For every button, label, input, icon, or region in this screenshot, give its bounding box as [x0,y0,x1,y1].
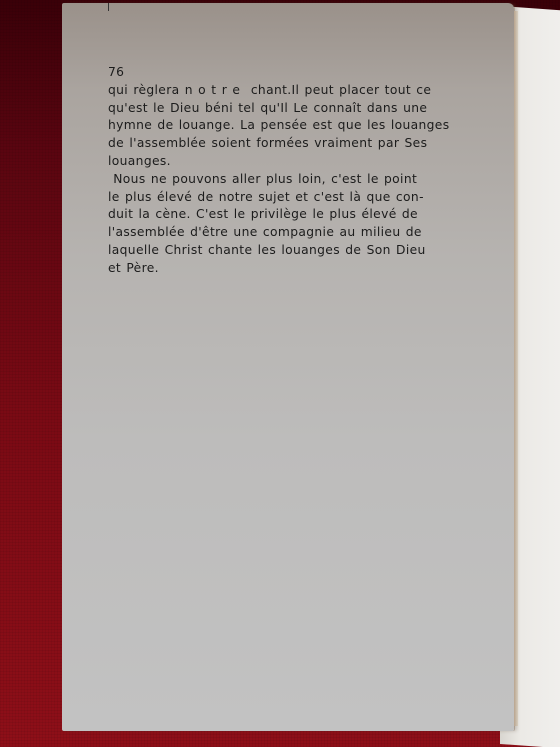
text-line: hymne de louange. La pensée est que les … [108,117,488,135]
text-line: louanges. [108,153,488,171]
text-line: qu'est le Dieu béni tel qu'Il Le connaît… [108,100,488,118]
book-page: 76 qui règlera n o t r e chant.Il peut p… [62,3,514,731]
page-number: 76 [108,64,488,82]
page-text: 76 qui règlera n o t r e chant.Il peut p… [108,64,488,278]
text-line: le plus élevé de notre sujet et c'est là… [108,189,488,207]
text-line: qui règlera n o t r e chant.Il peut plac… [108,82,488,100]
page-tick-mark [108,3,109,11]
text-line: Nous ne pouvons aller plus loin, c'est l… [108,171,488,189]
text-line: de l'assemblée soient formées vraiment p… [108,135,488,153]
text-line: laquelle Christ chante les louanges de S… [108,242,488,260]
text-line: et Père. [108,260,488,278]
text-line: duit la cène. C'est le privilège le plus… [108,206,488,224]
text-line: l'assemblée d'être une compagnie au mili… [108,224,488,242]
